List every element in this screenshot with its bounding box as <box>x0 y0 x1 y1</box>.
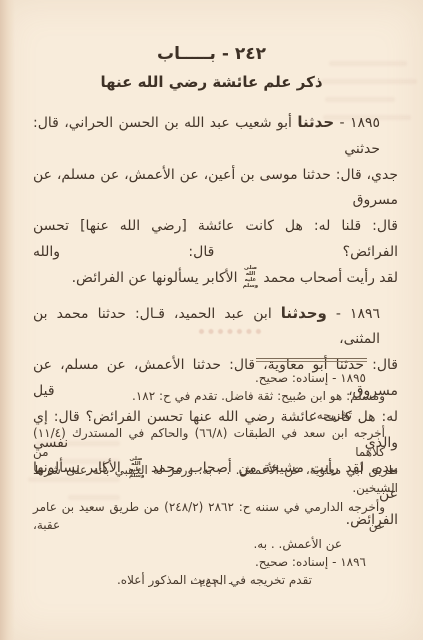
haddathana-keyword: حدثنا <box>297 113 334 131</box>
text-segment: ١٨٩٥ - إسناده: صحيح. <box>255 371 366 385</box>
hadith-line: ١٨٩٥ - حدثنا أبو شعيب عبد الله بن الحسن … <box>33 110 398 163</box>
text-segment: أخرجه ابن سعد في الطبقات (٦٦/٨) والحاكم … <box>33 426 385 458</box>
chapter-title: ذكر علم عائشة رضي الله عنها <box>0 73 423 91</box>
hadith-line: ١٨٩٦ - وحدثنا ابن عبد الحميد، قـال: حدثن… <box>33 301 398 354</box>
footnote-separator-rule <box>256 358 367 362</box>
footnote-line: ومسلم: هو ابن صُبيح: ثقة فاضل. تقدم في ح… <box>33 387 398 405</box>
page-gutter-shadow <box>0 0 15 640</box>
chapter-number: ٢٤٢ - بـــــاب <box>0 44 423 64</box>
text-segment: ومسلم: هو ابن صُبيح: ثقة فاضل. تقدم في ح… <box>132 389 385 403</box>
text-segment: وأخرجه الدارمي في سننه ح: ٢٨٦٢ (٢٤٨/٢) م… <box>33 500 385 532</box>
footnote-line: ١٨٩٥ - إسناده: صحيح. <box>33 369 398 387</box>
page-number: - ٢٤١٠ - <box>0 576 423 590</box>
text-segment: قال: قلنا له: هل كانت عائشة [رضي الله عن… <box>33 218 398 260</box>
text-segment: عن الأعمش. . به. <box>253 537 342 551</box>
footnote-line: وأخرجه الدارمي في سننه ح: ٢٨٦٢ (٢٤٨/٢) م… <box>33 498 398 535</box>
book-page: ٢٤٢ - بـــــاب ذكر علم عائشة رضي الله عن… <box>0 0 423 640</box>
footnote-line: تخريجه: <box>33 406 398 424</box>
text-segment: ١٨٩٦ - <box>327 306 380 322</box>
footnote-line: طريق أبي معاوية، عن الأعمش. . . به. ورمز… <box>33 461 398 498</box>
hadith-1895: ١٨٩٥ - حدثنا أبو شعيب عبد الله بن الحسن … <box>33 110 398 292</box>
text-segment: تخريجه: <box>313 408 352 422</box>
chapter-heading: ٢٤٢ - بـــــاب ذكر علم عائشة رضي الله عن… <box>0 44 423 91</box>
hadith-line: لقد رأيت أصحاب محمد صلى الله عليه وسلم ا… <box>33 266 398 292</box>
text-segment: جدي، قال: حدثنا موسى بن أعين، عن الأعمش،… <box>33 167 398 209</box>
footnotes-block: ١٨٩٥ - إسناده: صحيح.ومسلم: هو ابن صُبيح:… <box>33 369 398 590</box>
text-segment: طريق أبي معاوية، عن الأعمش. . . به. ورمز… <box>33 463 398 495</box>
footnote-line: أخرجه ابن سعد في الطبقات (٦٦/٨) والحاكم … <box>33 424 398 461</box>
hadith-line: قال: قلنا له: هل كانت عائشة [رضي الله عن… <box>33 214 398 266</box>
text-segment: ١٨٩٥ - <box>334 115 380 131</box>
text-segment: لقد رأيت أصحاب محمد <box>259 270 398 286</box>
salla-allahu-alayhi-wasallam-symbol: صلى الله عليه وسلم <box>242 266 259 290</box>
text-segment: الأكابر يسألونها عن الفرائض. <box>72 270 242 286</box>
hadith-line: جدي، قال: حدثنا موسى بن أعين، عن الأعمش،… <box>33 163 398 215</box>
footnote-line: عن الأعمش. . به. <box>33 535 398 553</box>
text-segment: ١٨٩٦ - إسناده: صحيح. <box>255 555 366 569</box>
haddathana-keyword: وحدثنا <box>281 304 327 322</box>
footnote-line: ١٨٩٦ - إسناده: صحيح. <box>33 553 398 571</box>
